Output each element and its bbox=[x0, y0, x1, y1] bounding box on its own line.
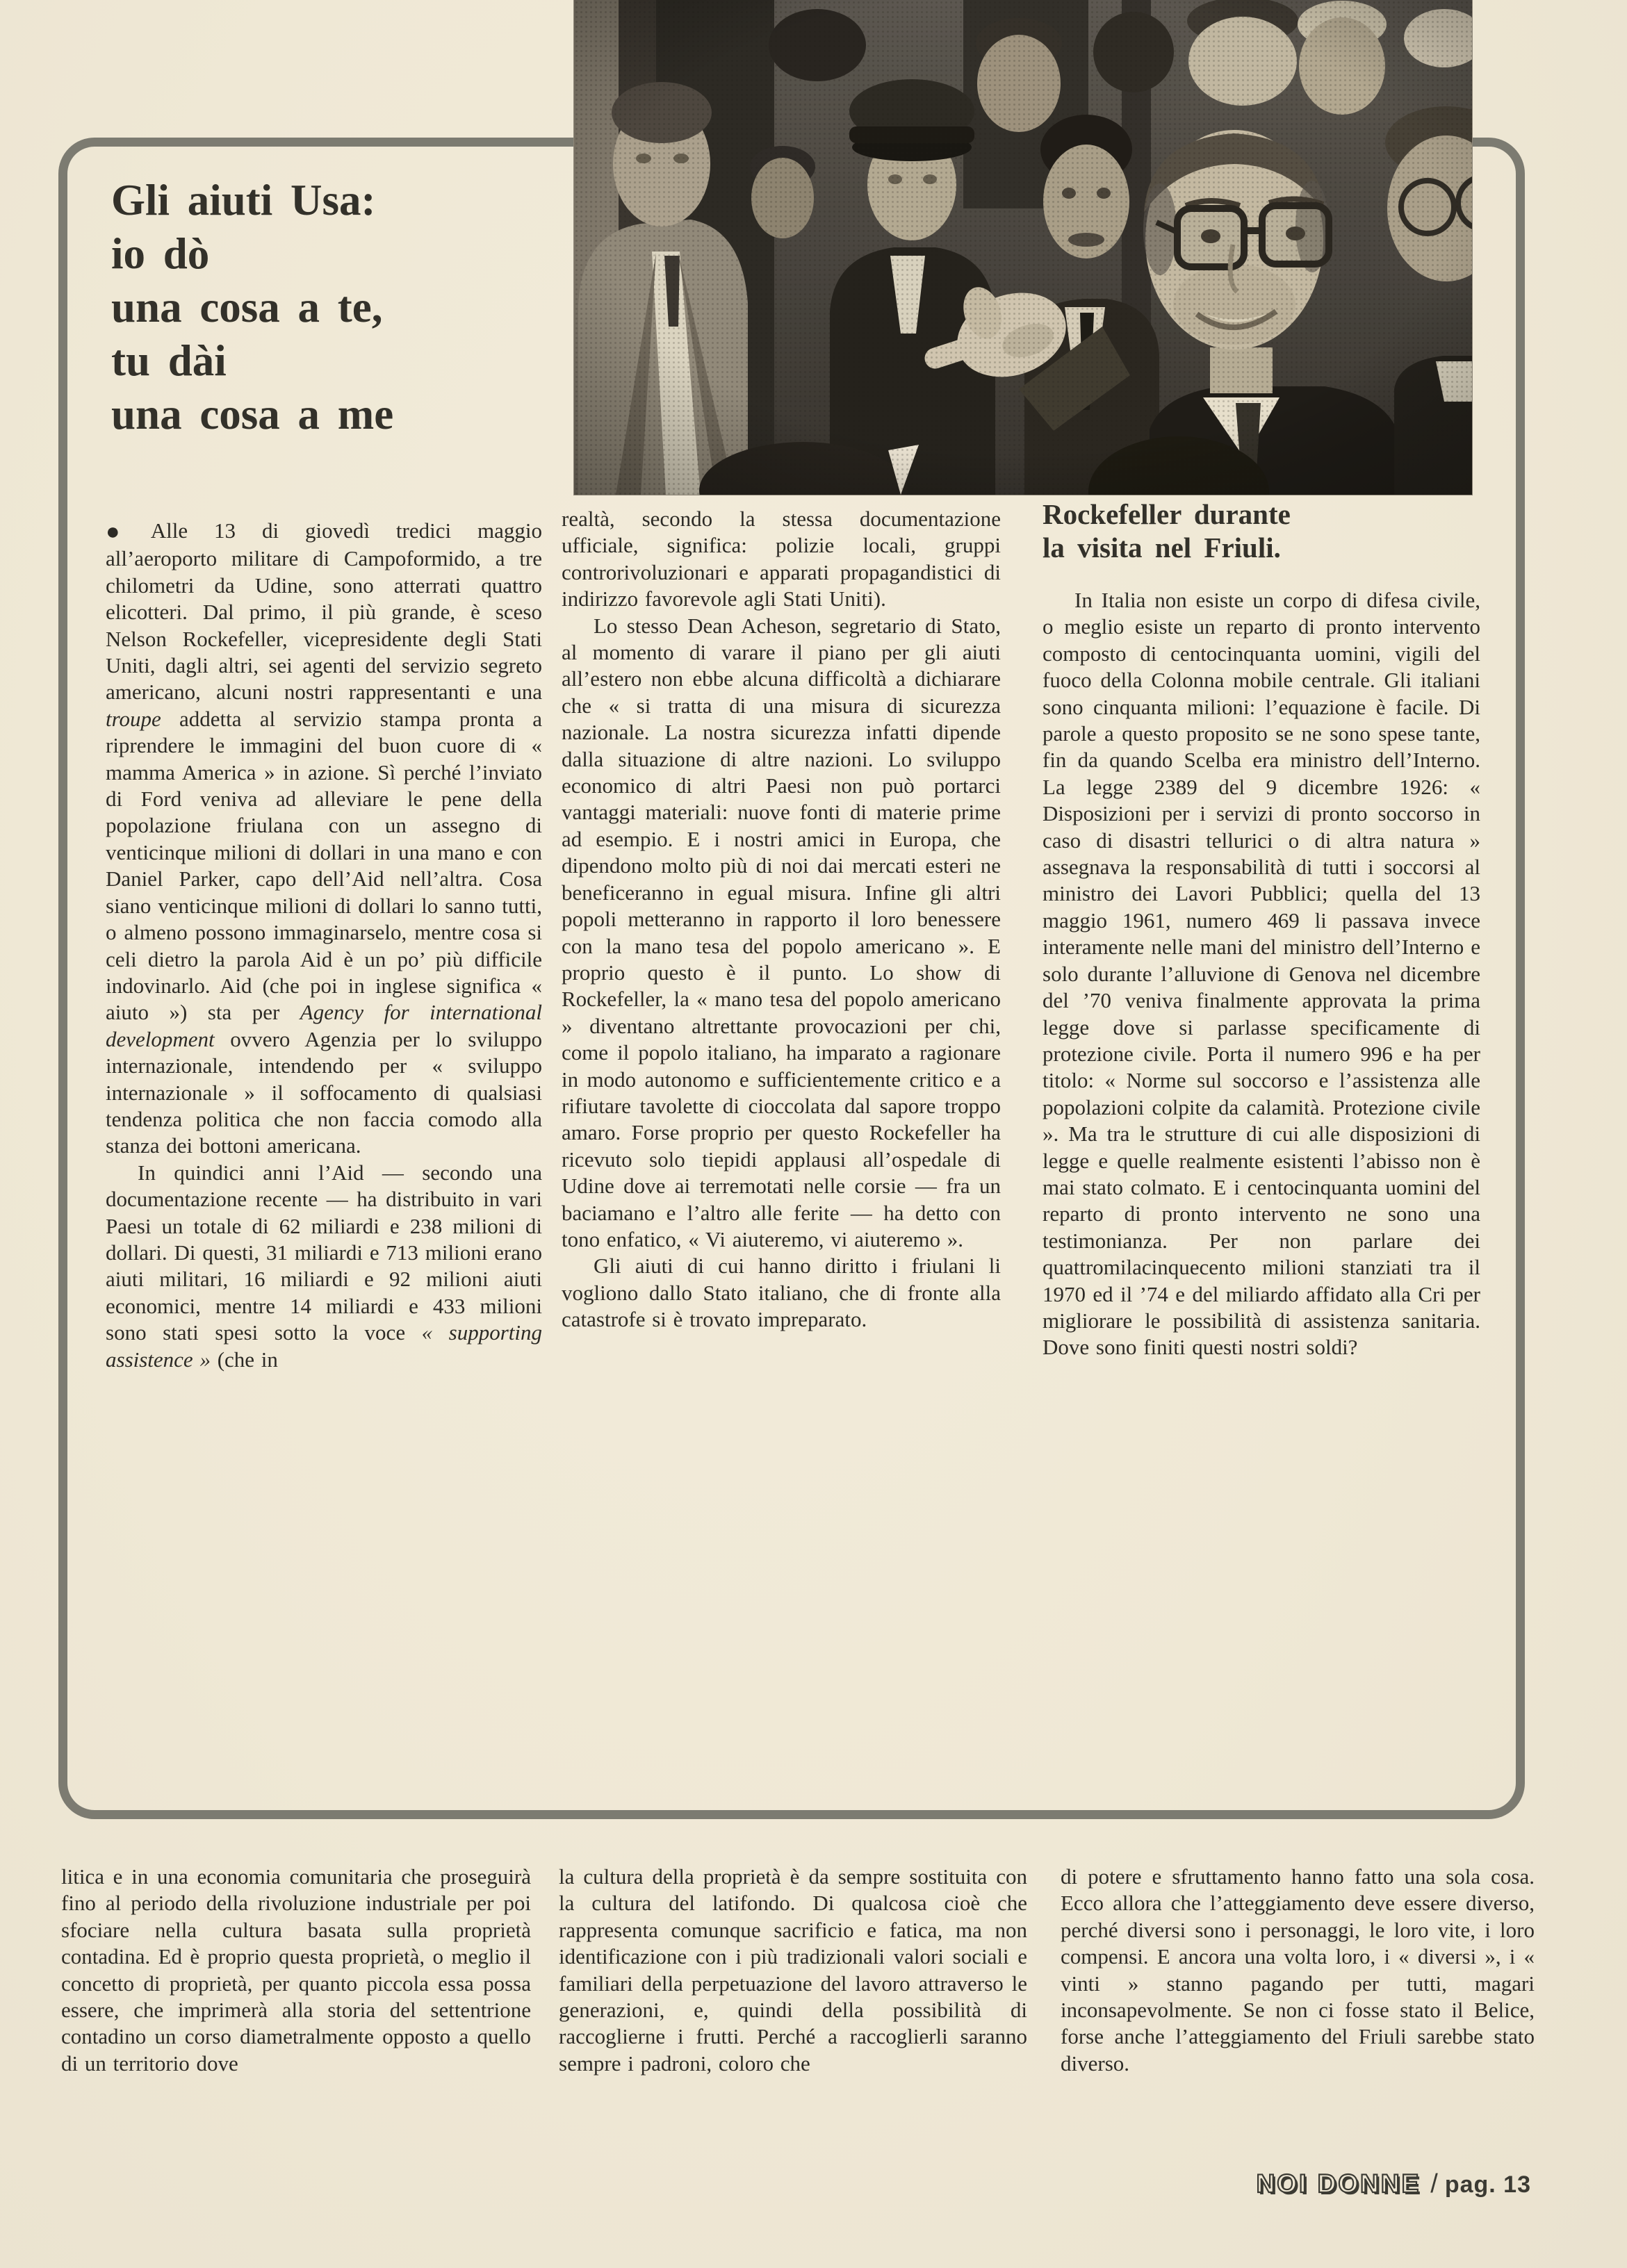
text-run: di potere e sfruttamento hanno fatto una… bbox=[1061, 1864, 1535, 2076]
paragraph: di potere e sfruttamento hanno fatto una… bbox=[1061, 1864, 1535, 2077]
rockefeller-crowd-photo-svg bbox=[574, 0, 1472, 495]
text-run: In quindici anni l’Aid — secondo una doc… bbox=[106, 1160, 542, 1345]
text-line: una cosa a me bbox=[111, 388, 528, 441]
article-column-2: realtà, secondo la stessa documentazione… bbox=[562, 506, 1001, 1791]
text-line: tu dài bbox=[111, 334, 528, 388]
page-number: pag. 13 bbox=[1445, 2171, 1531, 2198]
bottom-column-1: litica e in una economia comunitaria che… bbox=[61, 1864, 531, 2190]
footer-separator: / bbox=[1421, 2169, 1445, 2199]
paragraph: Gli aiuti di cui hanno diritto i friulan… bbox=[562, 1253, 1001, 1333]
text-line: Gli aiuti Usa: bbox=[111, 174, 528, 227]
text-line: Rockefeller durante bbox=[1043, 498, 1487, 531]
paragraph: realtà, secondo la stessa documentazione… bbox=[562, 506, 1001, 613]
text-run: realtà, secondo la stessa documentazione… bbox=[562, 507, 1001, 611]
text-line: la visita nel Friuli. bbox=[1043, 531, 1487, 564]
article-title: Gli aiuti Usa:io dòuna cosa a te,tu dàiu… bbox=[111, 174, 528, 441]
text-run: Alle 13 di giovedì tredici maggio all’ae… bbox=[106, 518, 542, 704]
text-line: io dò bbox=[111, 227, 528, 281]
page-footer: NOI DONNE/pag. 13 bbox=[1257, 2169, 1531, 2199]
text-run: Lo stesso Dean Acheson, segretario di St… bbox=[562, 614, 1001, 1251]
text-run: la cultura della proprietà è da sempre s… bbox=[559, 1864, 1027, 2076]
text-run: (che in bbox=[211, 1347, 278, 1372]
magazine-page: Gli aiuti Usa:io dòuna cosa a te,tu dàiu… bbox=[0, 0, 1627, 2268]
paragraph: litica e in una economia comunitaria che… bbox=[61, 1864, 531, 2077]
article-column-3: In Italia non esiste un corpo di difesa … bbox=[1043, 587, 1480, 1789]
paragraph: la cultura della proprietà è da sempre s… bbox=[559, 1864, 1027, 2077]
text-run: litica e in una economia comunitaria che… bbox=[61, 1864, 531, 2076]
magazine-logo: NOI DONNE bbox=[1257, 2169, 1421, 2198]
photo-caption: Rockefeller durantela visita nel Friuli. bbox=[1043, 498, 1487, 564]
paragraph: In quindici anni l’Aid — secondo una doc… bbox=[106, 1160, 542, 1373]
bottom-column-2: la cultura della proprietà è da sempre s… bbox=[559, 1864, 1027, 2190]
text-run: addetta al servizio stampa pronta a ripr… bbox=[106, 707, 542, 1024]
rockefeller-photo bbox=[574, 0, 1472, 495]
paragraph: In Italia non esiste un corpo di difesa … bbox=[1043, 587, 1480, 1361]
text-run: In Italia non esiste un corpo di difesa … bbox=[1043, 588, 1480, 1359]
text-run: Gli aiuti di cui hanno diritto i friulan… bbox=[562, 1254, 1001, 1331]
bullet-icon: ● bbox=[106, 519, 151, 545]
article-column-1: ●Alle 13 di giovedì tredici maggio all’a… bbox=[106, 518, 542, 1789]
paragraph: Lo stesso Dean Acheson, segretario di St… bbox=[562, 613, 1001, 1254]
text-run: troupe bbox=[106, 707, 161, 731]
bottom-column-3: di potere e sfruttamento hanno fatto una… bbox=[1061, 1864, 1535, 2190]
paragraph: ●Alle 13 di giovedì tredici maggio all’a… bbox=[106, 518, 542, 1160]
text-line: una cosa a te, bbox=[111, 281, 528, 334]
